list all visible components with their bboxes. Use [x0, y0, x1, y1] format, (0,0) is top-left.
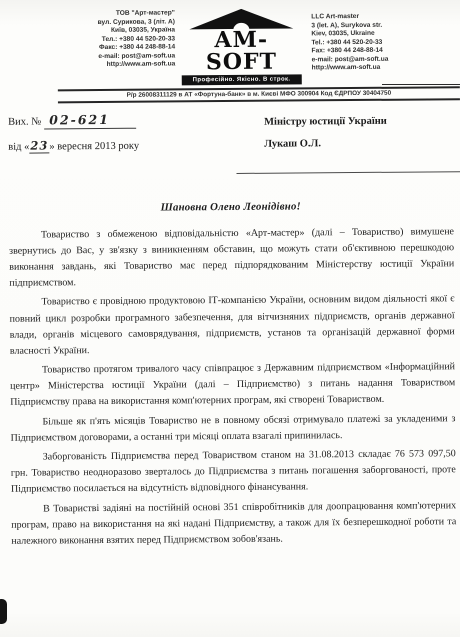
reference-and-addressee: Вих. №02-621 від «23» вересня 2013 року … — [0, 100, 460, 176]
addressee-title: Міністру юстиції України — [264, 110, 460, 134]
company-website-en: http://www.am-soft.ua — [312, 64, 460, 74]
company-contact-ukrainian: ТОВ "Арт-мастер" вул. Сурикова, 3 (літ. … — [0, 7, 175, 70]
letter-body: Товариство з обмеженою відповідальністю … — [1, 211, 460, 550]
paragraph-company-profile: Товариство є провідною продуктовою ІТ-ко… — [9, 292, 454, 360]
company-contact-english: LLC Art-master 3 (let. A), Surykova str.… — [301, 5, 460, 73]
paragraph-cooperation: Товариство протягом тривалого часу співп… — [10, 359, 455, 411]
paragraph-intro: Товариство з обмеженою відповідальністю … — [9, 224, 454, 292]
addressee-name: Лукаш О.Л. — [264, 132, 460, 156]
scan-content: ТОВ "Арт-мастер" вул. Сурикова, 3 (літ. … — [0, 0, 460, 550]
outgoing-number-label: Вих. № — [8, 116, 41, 127]
outgoing-reference: Вих. №02-621 від «23» вересня 2013 року — [8, 111, 139, 175]
company-logo: AM-SOFT Професійно. Якісно. В строк. — [181, 6, 302, 84]
addressee-block: Міністру юстиції України Лукаш О.Л. — [264, 109, 460, 174]
paragraph-debt-amount: Заборгованість Підприємства перед Товари… — [11, 446, 456, 498]
paragraph-staff: В Товаристві задіяні на постійній основі… — [11, 498, 456, 550]
addressee-underline-rule — [236, 171, 460, 174]
scanned-letter-page: ТОВ "Арт-мастер" вул. Сурикова, 3 (літ. … — [0, 0, 460, 637]
date-day-handwritten: 23 — [29, 138, 49, 153]
outgoing-number-line: Вих. №02-621 — [8, 111, 139, 129]
letterhead: ТОВ "Арт-мастер" вул. Сурикова, 3 (літ. … — [0, 0, 460, 86]
paragraph-payment-stopped: Більше як п'ять місяців Товариство не в … — [10, 411, 455, 447]
date-prefix: від « — [8, 141, 29, 152]
scan-artifact-blob — [0, 599, 7, 624]
outgoing-number-handwritten: 02-621 — [44, 111, 136, 129]
scan-rule-fragment — [382, 84, 460, 85]
company-website-uk: http://www.am-soft.ua — [0, 61, 175, 71]
outgoing-date-line: від «23» вересня 2013 року — [8, 137, 139, 153]
logo-wordmark: AM-SOFT — [181, 28, 302, 73]
date-suffix: » вересня 2013 року — [49, 140, 139, 152]
logo-tagline: Професійно. Якісно. В строк. — [181, 74, 301, 84]
